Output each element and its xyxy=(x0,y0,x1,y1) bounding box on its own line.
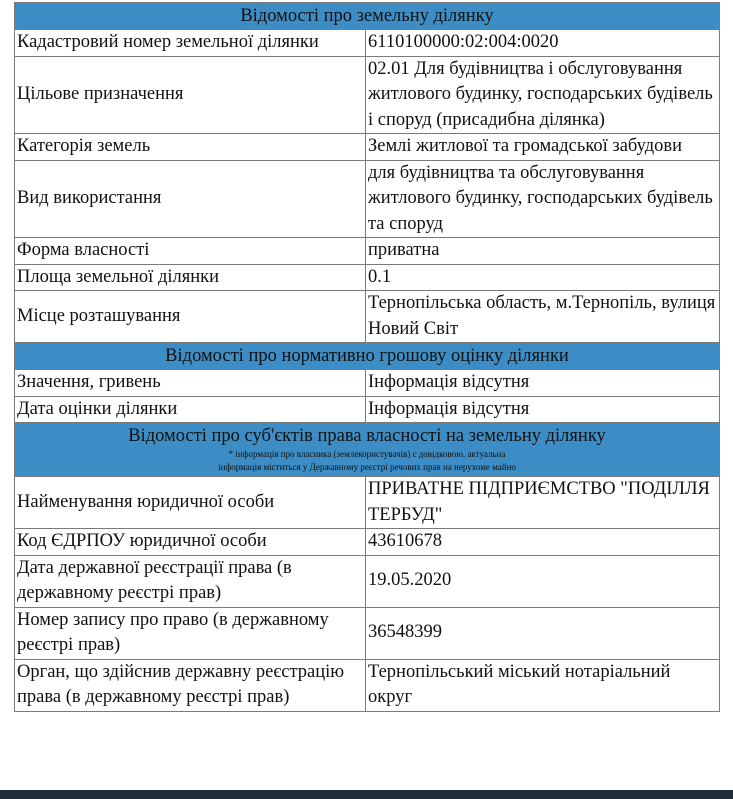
row-value: Інформація відсутня xyxy=(366,370,720,397)
owners-note-line-1: * інформація про власника (землекористув… xyxy=(17,448,717,461)
row-label: Код ЄДРПОУ юридичної особи xyxy=(15,529,366,556)
row-label: Орган, що здійснив державну реєстрацію п… xyxy=(15,659,366,711)
row-value: 6110100000:02:004:0020 xyxy=(366,30,720,57)
table-row-area: Площа земельної ділянки 0.1 xyxy=(15,264,720,291)
owners-note-line-2: інформація міститься у Державному реєстр… xyxy=(17,461,717,474)
row-value: Тернопільський міський нотаріальний окру… xyxy=(366,659,720,711)
row-label: Номер запису про право (в державному реє… xyxy=(15,607,366,659)
table-row-record-number: Номер запису про право (в державному реє… xyxy=(15,607,720,659)
table-row-purpose: Цільове призначення 02.01 Для будівництв… xyxy=(15,56,720,134)
row-value: Інформація відсутня xyxy=(366,396,720,423)
row-value: Землі житлової та громадської забудови xyxy=(366,134,720,161)
row-value: 36548399 xyxy=(366,607,720,659)
table-row-cadastral-number: Кадастровий номер земельної ділянки 6110… xyxy=(15,30,720,57)
table-row-registration-date: Дата державної реєстрації права (в держа… xyxy=(15,555,720,607)
land-info-document: Відомості про земельну ділянку Кадастров… xyxy=(14,2,719,712)
bottom-dark-bar xyxy=(0,790,733,799)
section-header-valuation: Відомості про нормативно грошову оцінку … xyxy=(15,343,720,370)
table-row-location: Місце розташування Тернопільська область… xyxy=(15,291,720,343)
row-label: Місце розташування xyxy=(15,291,366,343)
row-value: для будівництва та обслуговування житлов… xyxy=(366,160,720,238)
row-value: 19.05.2020 xyxy=(366,555,720,607)
row-value: ПРИВАТНЕ ПІДПРИЄМСТВО "ПОДІЛЛЯ ТЕРБУД" xyxy=(366,477,720,529)
row-value: 43610678 xyxy=(366,529,720,556)
table-row-valuation-amount: Значення, гривень Інформація відсутня xyxy=(15,370,720,397)
row-label: Дата державної реєстрації права (в держа… xyxy=(15,555,366,607)
table-row-registration-authority: Орган, що здійснив державну реєстрацію п… xyxy=(15,659,720,711)
table-row-ownership-form: Форма власності приватна xyxy=(15,238,720,265)
row-value: 0.1 xyxy=(366,264,720,291)
row-label: Найменування юридичної особи xyxy=(15,477,366,529)
row-label: Значення, гривень xyxy=(15,370,366,397)
section-header-owners: Відомості про суб'єктів права власності … xyxy=(15,423,720,477)
section-title-land: Відомості про земельну ділянку xyxy=(15,3,720,30)
table-row-land-category: Категорія земель Землі житлової та грома… xyxy=(15,134,720,161)
row-label: Кадастровий номер земельної ділянки xyxy=(15,30,366,57)
section-title-owners: Відомості про суб'єктів права власності … xyxy=(128,426,606,446)
row-label: Площа земельної ділянки xyxy=(15,264,366,291)
row-value: приватна xyxy=(366,238,720,265)
section-header-land: Відомості про земельну ділянку xyxy=(15,3,720,30)
table-row-legal-entity-name: Найменування юридичної особи ПРИВАТНЕ ПІ… xyxy=(15,477,720,529)
owners-disclaimer-note: * інформація про власника (землекористув… xyxy=(17,448,717,475)
row-value: 02.01 Для будівництва і обслуговування ж… xyxy=(366,56,720,134)
table-row-usage-type: Вид використання для будівництва та обсл… xyxy=(15,160,720,238)
table-row-valuation-date: Дата оцінки ділянки Інформація відсутня xyxy=(15,396,720,423)
row-label: Дата оцінки ділянки xyxy=(15,396,366,423)
row-value: Тернопільська область, м.Тернопіль, вули… xyxy=(366,291,720,343)
row-label: Вид використання xyxy=(15,160,366,238)
section-header-owners-cell: Відомості про суб'єктів права власності … xyxy=(15,423,720,477)
row-label: Цільове призначення xyxy=(15,56,366,134)
section-title-valuation: Відомості про нормативно грошову оцінку … xyxy=(15,343,720,370)
row-label: Категорія земель xyxy=(15,134,366,161)
row-label: Форма власності xyxy=(15,238,366,265)
table-row-edrpou-code: Код ЄДРПОУ юридичної особи 43610678 xyxy=(15,529,720,556)
land-info-table: Відомості про земельну ділянку Кадастров… xyxy=(14,2,720,712)
